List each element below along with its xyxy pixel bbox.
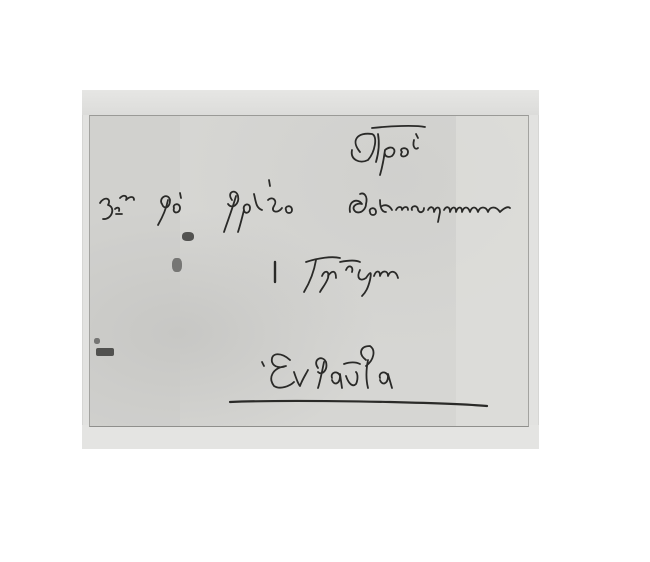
envelope-left-fold xyxy=(90,116,180,426)
envelope-right-fold xyxy=(456,116,528,426)
handwriting-recipient-name: Ἐρλ. Χο Δοκιναμ... xyxy=(226,192,418,216)
photo-top-margin xyxy=(82,90,539,115)
ink-stain xyxy=(96,348,114,356)
handwriting-destination: Ἐνταῦθα xyxy=(262,360,354,384)
ink-stain xyxy=(182,232,194,241)
handwriting-salutation: Πρὸς xyxy=(345,130,397,154)
handwriting-left-note: 3ον φο xyxy=(96,192,165,216)
photo-bottom-margin xyxy=(82,425,539,449)
ink-stain xyxy=(172,258,182,272)
handwriting-recipient-title: Γρηγο.. xyxy=(300,262,374,286)
ink-stain xyxy=(94,338,100,344)
